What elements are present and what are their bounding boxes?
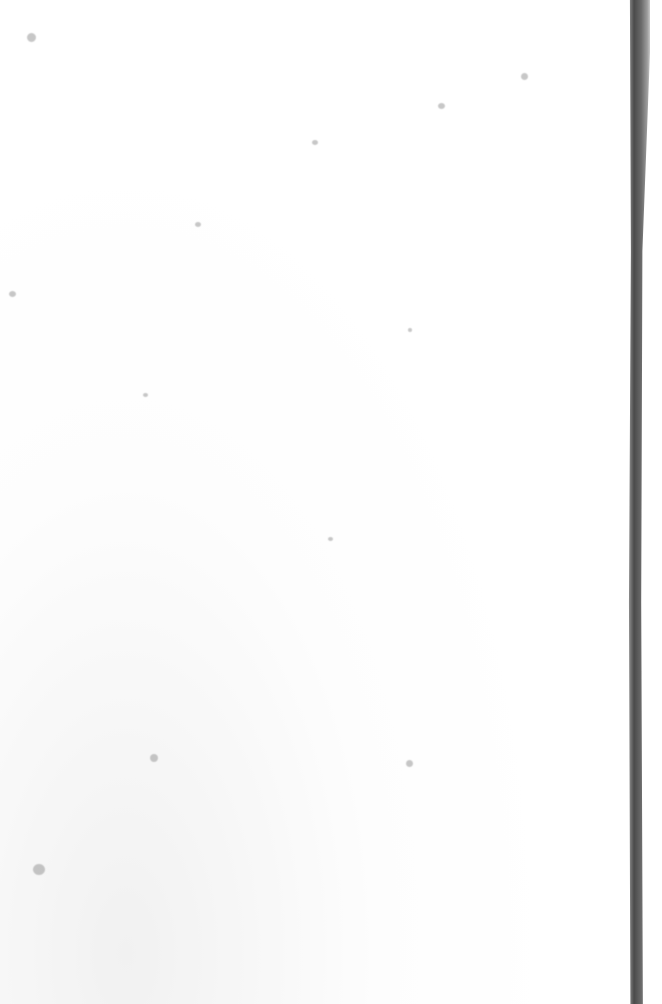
foxing-spot (521, 73, 528, 80)
foxing-spot (33, 864, 45, 875)
book-spine-shadow (628, 0, 652, 1004)
foxing-spot (143, 393, 148, 397)
page-edge (650, 0, 662, 1004)
foxing-spot (312, 140, 318, 145)
foxing-spot (195, 222, 201, 227)
foxing-spot (406, 760, 413, 767)
foxing-spot (328, 537, 333, 541)
foxing-spot (27, 33, 36, 42)
foxing-spot (438, 103, 445, 109)
blank-page (0, 0, 630, 1004)
foxing-spot (150, 754, 158, 762)
foxing-spot (408, 328, 412, 332)
foxing-spot (9, 291, 16, 297)
